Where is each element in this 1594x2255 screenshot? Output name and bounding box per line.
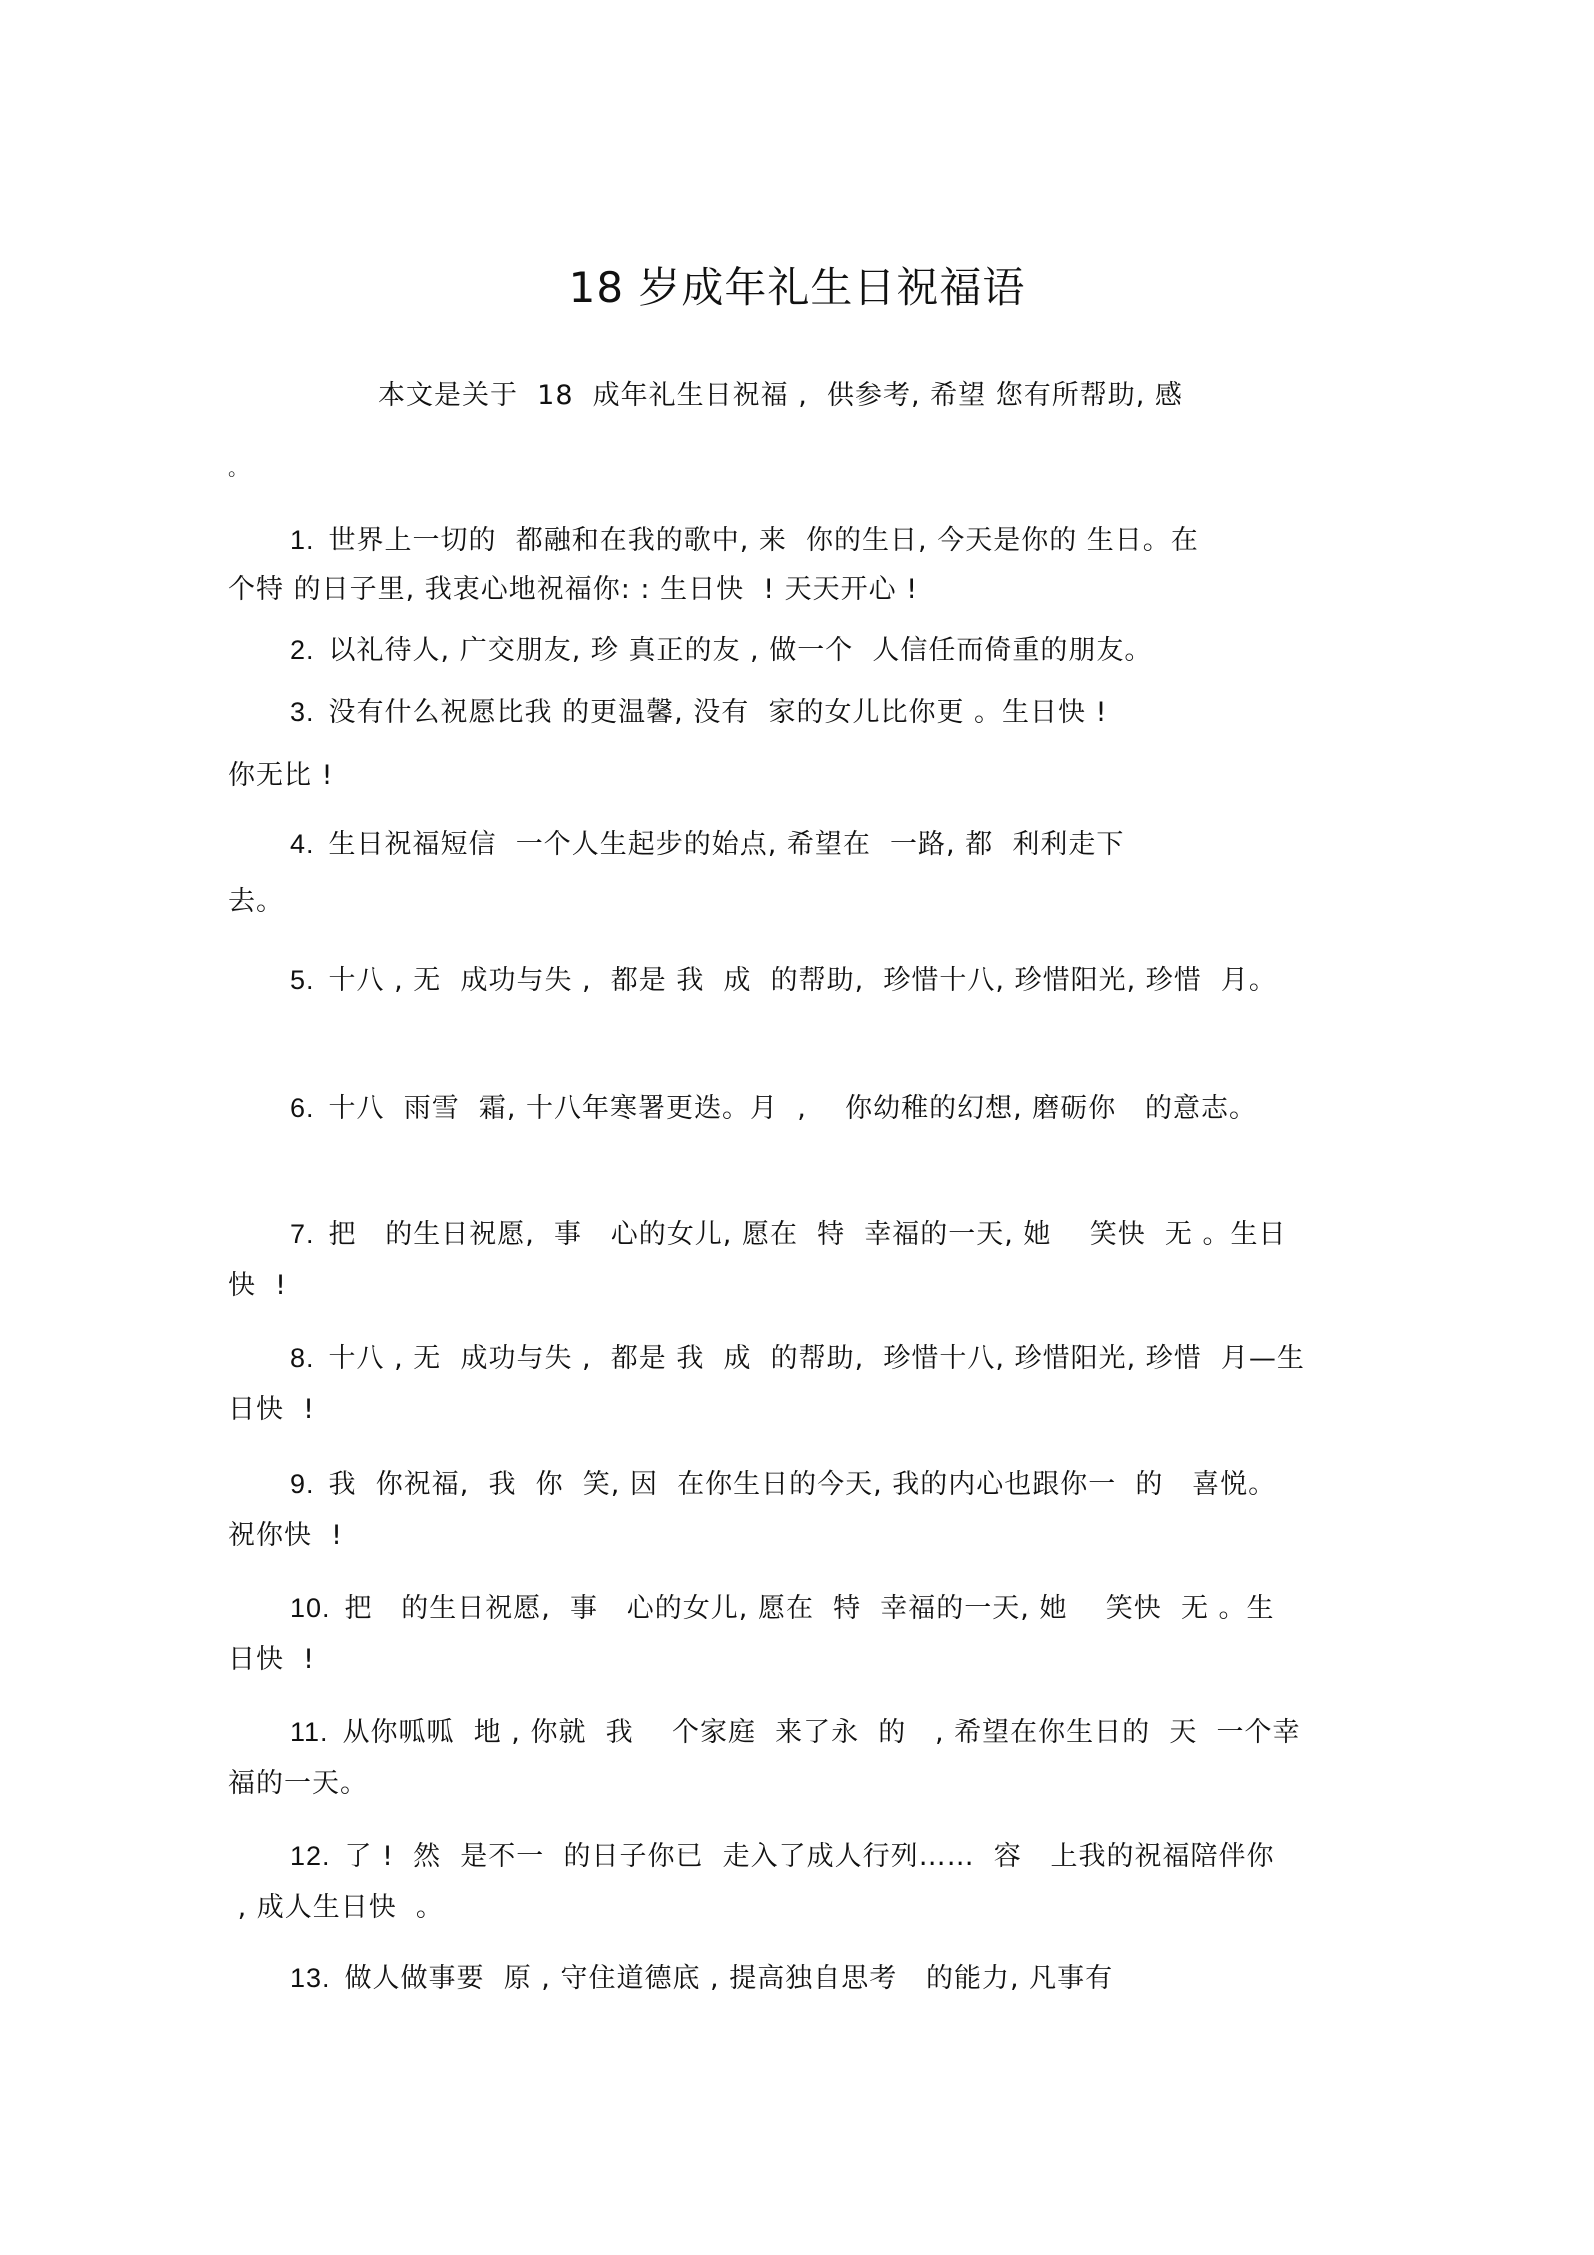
- item-text: 把 的生日祝愿, 事 心的女儿, 愿在 特 幸福的一天, 她 笑快 无 。生: [345, 1593, 1275, 1624]
- item-number: 10.: [290, 1593, 331, 1623]
- list-item-7-continuation: 快 !: [228, 1268, 287, 1304]
- intro-line-1: 本文是关于 18 成年礼生日祝福 , 供参考, 希望 您有所帮助, 感: [378, 378, 1183, 414]
- item-text: 生日祝福短信 一个人生起步的始点, 希望在 一路, 都 利利走下: [329, 829, 1125, 860]
- list-item-2: 2.以礼待人, 广交朋友, 珍 真正的友 , 做一个 人信任而倚重的朋友。: [290, 632, 1152, 669]
- item-text: 做人做事要 原 , 守住道德底 , 提高独自思考 的能力, 凡事有: [345, 1963, 1114, 1994]
- item-text: 把 的生日祝愿, 事 心的女儿, 愿在 特 幸福的一天, 她 笑快 无 。生日: [329, 1219, 1287, 1250]
- document-page: 18 岁成年礼生日祝福语 本文是关于 18 成年礼生日祝福 , 供参考, 希望 …: [0, 0, 1594, 2255]
- item-text: 十八 雨雪 霜, 十八年寒署更迭。月 , 你幼稚的幻想, 磨砺你 的意志。: [329, 1093, 1257, 1124]
- item-number: 12.: [290, 1841, 331, 1871]
- item-number: 4.: [290, 829, 315, 859]
- list-item-12-continuation: , 成人生日快 。: [228, 1890, 444, 1926]
- item-number: 5.: [290, 965, 315, 995]
- item-text: 了 ! 然 是不一 的日子你已 走入了成人行列…… 容 上我的祝福陪伴你: [345, 1841, 1275, 1872]
- list-item-8: 8.十八 , 无 成功与失 , 都是 我 成 的帮助, 珍惜十八, 珍惜阳光, …: [290, 1340, 1305, 1377]
- item-text: 以礼待人, 广交朋友, 珍 真正的友 , 做一个 人信任而倚重的朋友。: [329, 635, 1153, 666]
- item-number: 13.: [290, 1963, 331, 1993]
- item-number: 9.: [290, 1469, 315, 1499]
- item-number: 11.: [290, 1717, 329, 1747]
- item-text: 十八 , 无 成功与失 , 都是 我 成 的帮助, 珍惜十八, 珍惜阳光, 珍惜…: [329, 965, 1277, 996]
- item-number: 1.: [290, 525, 315, 555]
- item-text: 世界上一切的 都融和在我的歌中, 来 你的生日, 今天是你的 生日。在: [329, 525, 1199, 556]
- list-item-5: 5.十八 , 无 成功与失 , 都是 我 成 的帮助, 珍惜十八, 珍惜阳光, …: [290, 962, 1277, 999]
- item-text: 从你呱呱 地 , 你就 我 个家庭 来了永 的 , 希望在你生日的 天 一个幸: [343, 1717, 1301, 1748]
- list-item-7: 7.把 的生日祝愿, 事 心的女儿, 愿在 特 幸福的一天, 她 笑快 无 。生…: [290, 1216, 1287, 1253]
- item-number: 8.: [290, 1343, 315, 1373]
- item-number: 7.: [290, 1219, 315, 1249]
- item-number: 2.: [290, 635, 315, 665]
- list-item-9-continuation: 祝你快 !: [228, 1518, 343, 1554]
- list-item-11: 11.从你呱呱 地 , 你就 我 个家庭 来了永 的 , 希望在你生日的 天 一…: [290, 1714, 1301, 1751]
- list-item-11-continuation: 福的一天。: [228, 1766, 368, 1802]
- document-title: 18 岁成年礼生日祝福语: [0, 262, 1594, 314]
- list-item-4-continuation: 去。: [228, 884, 284, 920]
- list-item-4: 4.生日祝福短信 一个人生起步的始点, 希望在 一路, 都 利利走下: [290, 826, 1124, 863]
- list-item-10: 10.把 的生日祝愿, 事 心的女儿, 愿在 特 幸福的一天, 她 笑快 无 。…: [290, 1590, 1275, 1627]
- item-number: 3.: [290, 697, 315, 727]
- list-item-9: 9.我 你祝福, 我 你 笑, 因 在你生日的今天, 我的内心也跟你一 的 喜悦…: [290, 1466, 1276, 1503]
- list-item-1: 1.世界上一切的 都融和在我的歌中, 来 你的生日, 今天是你的 生日。在: [290, 522, 1199, 559]
- item-text: 没有什么祝愿比我 的更温馨, 没有 家的女儿比你更 。生日快 !: [329, 697, 1108, 728]
- intro-line-2: 。: [228, 450, 249, 486]
- list-item-3: 3.没有什么祝愿比我 的更温馨, 没有 家的女儿比你更 。生日快 !: [290, 694, 1107, 731]
- list-item-10-continuation: 日快 !: [228, 1642, 315, 1678]
- list-item-13: 13.做人做事要 原 , 守住道德底 , 提高独自思考 的能力, 凡事有: [290, 1960, 1113, 1997]
- list-item-1-continuation: 个特 的日子里, 我衷心地祝福你: : 生日快 ! 天天开心 !: [228, 572, 918, 608]
- list-item-8-continuation: 日快 !: [228, 1392, 315, 1428]
- item-text: 十八 , 无 成功与失 , 都是 我 成 的帮助, 珍惜十八, 珍惜阳光, 珍惜…: [329, 1343, 1305, 1374]
- list-item-3-continuation: 你无比 !: [228, 758, 333, 794]
- list-item-12: 12.了 ! 然 是不一 的日子你已 走入了成人行列…… 容 上我的祝福陪伴你: [290, 1838, 1275, 1875]
- item-number: 6.: [290, 1093, 315, 1123]
- list-item-6: 6.十八 雨雪 霜, 十八年寒署更迭。月 , 你幼稚的幻想, 磨砺你 的意志。: [290, 1090, 1257, 1127]
- item-text: 我 你祝福, 我 你 笑, 因 在你生日的今天, 我的内心也跟你一 的 喜悦。: [329, 1469, 1277, 1500]
